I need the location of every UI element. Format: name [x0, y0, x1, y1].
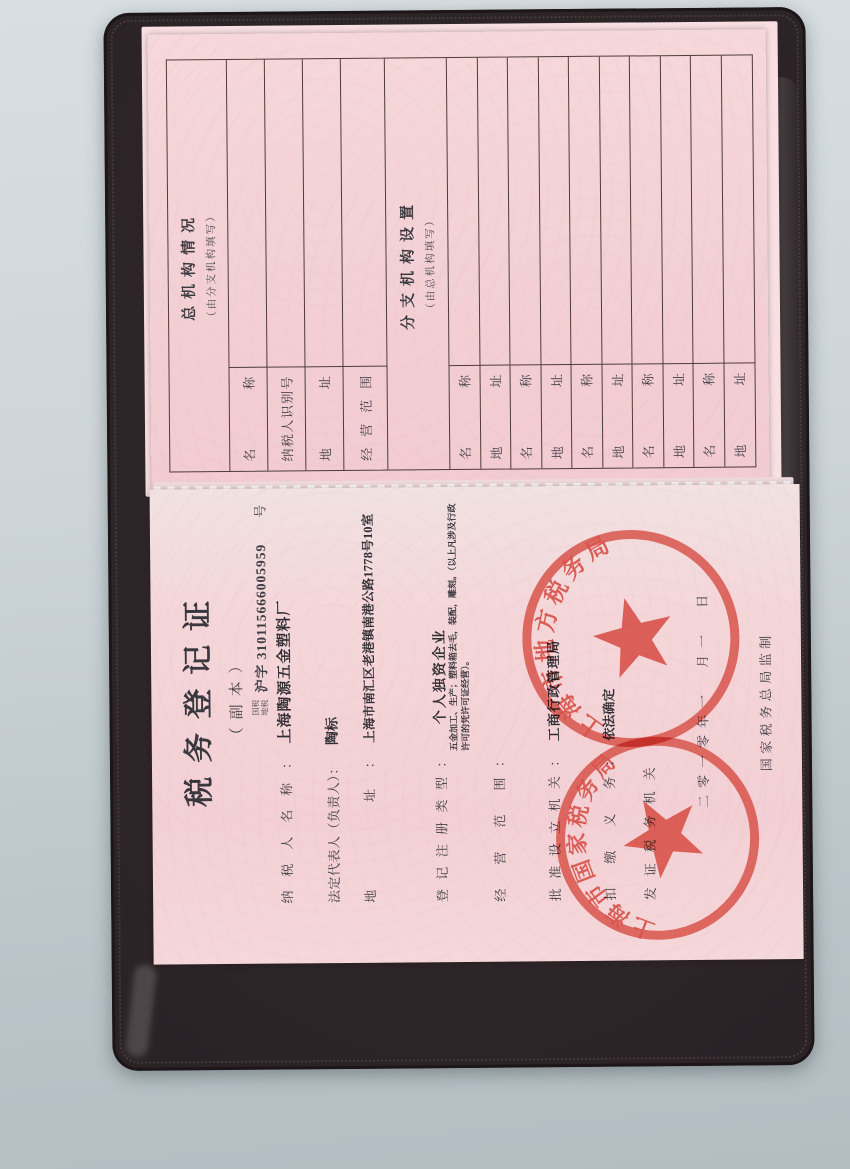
- serial-suffix: 号: [249, 505, 268, 518]
- branch-row: 地址: [660, 56, 694, 467]
- row-label-name: 名称: [449, 365, 479, 469]
- row-value-empty: [447, 58, 479, 365]
- row-label-address: 地址: [480, 365, 510, 469]
- branch-row: 地址: [538, 57, 572, 468]
- branch-row: 名称: [691, 56, 725, 467]
- row-value-empty: [569, 57, 601, 364]
- row-value-empty: [538, 57, 570, 364]
- certificate-folder-cover: 总机构情况 （由分支机构填写） 名称 纳税人识别号 地址: [103, 7, 814, 1071]
- table-row: 名称: [227, 60, 269, 471]
- branch-row: 地址: [599, 56, 633, 467]
- page-certificate: 税务登记证 （副本） 国税 地税 沪字 310115666005959 号 纳税…: [150, 484, 804, 965]
- row-value-empty: [227, 60, 267, 367]
- row-label-name: 名称: [693, 363, 723, 467]
- certificate-title: 税务登记证: [172, 489, 220, 904]
- section-title: 总机构情况: [177, 211, 199, 321]
- row-label-name: 名称: [229, 367, 267, 471]
- certificate-content: 税务登记证 （副本） 国税 地税 沪字 310115666005959 号 纳税…: [150, 484, 804, 965]
- row-value-empty: [303, 59, 343, 366]
- branch-row: 地址: [477, 58, 511, 469]
- table-row: 地址: [303, 59, 345, 470]
- section-title: 分支机构设置: [396, 198, 418, 330]
- section-head-office: 总机构情况 （由分支机构填写）: [167, 60, 231, 472]
- scanned-photo-background: 总机构情况 （由分支机构填写） 名称 纳税人识别号 地址: [0, 0, 850, 1169]
- section-subtitle: （由分支机构填写）: [203, 209, 219, 322]
- section-branch-setup: 分支机构设置 （由总机构填写）: [385, 58, 451, 470]
- branch-row: 名称: [569, 57, 603, 468]
- branch-row: 地址: [721, 55, 755, 466]
- row-value-empty: [477, 58, 509, 365]
- row-label-address: 地址: [663, 363, 693, 467]
- row-value-empty: [341, 59, 387, 366]
- state-tax-bureau-stamp: 上海市国家税务局: [532, 713, 782, 963]
- serial-code: 沪字 310115666005959: [249, 544, 270, 693]
- plastic-glare-small: [125, 964, 157, 1058]
- business-scope-value: 五金加工、生产；塑料箱去毛，装配，雕刻。（以上凡涉及行政许可的凭许可证经营）。: [447, 499, 472, 751]
- row-value-empty: [508, 57, 540, 364]
- row-label-address: 地址: [541, 364, 571, 468]
- row-value-empty: [630, 56, 662, 363]
- row-value-empty: [265, 59, 305, 366]
- row-value-empty: [660, 56, 692, 363]
- branch-row: 名称: [630, 56, 664, 467]
- row-label-name: 名称: [510, 364, 540, 468]
- serial-prefix: 国税 地税: [251, 700, 269, 716]
- branch-row: 名称: [447, 58, 481, 469]
- row-label-taxpayer-id: 纳税人识别号: [267, 366, 305, 470]
- row-label-business-scope: 经营范围: [343, 366, 387, 470]
- table-row: 纳税人识别号: [265, 59, 307, 470]
- table-row: 经营范围: [341, 59, 389, 470]
- field-business-scope-label: 经 营 范 围：: [487, 501, 509, 902]
- section-subtitle: （由总机构填写）: [422, 214, 438, 314]
- page-branch-table: 总机构情况 （由分支机构填写） 名称 纳税人识别号 地址: [148, 29, 770, 489]
- row-label-address: 地址: [305, 366, 343, 470]
- row-label-name: 名称: [632, 363, 662, 467]
- field-legal-representative: 法定代表人（负责人）：陶标: [320, 502, 343, 903]
- row-value-empty: [721, 55, 754, 362]
- row-value-empty: [599, 56, 631, 363]
- star-icon: [591, 596, 672, 680]
- footer-issuer: 国家税务总局监制: [755, 631, 775, 771]
- row-label-name: 名称: [571, 364, 601, 468]
- serial-number-line: 国税 地税 沪字 310115666005959 号: [249, 505, 271, 716]
- field-taxpayer-name: 纳税人名称：上海陶源五金塑料厂: [272, 502, 296, 903]
- row-label-address: 地址: [724, 362, 755, 466]
- branch-info-table: 总机构情况 （由分支机构填写） 名称 纳税人识别号 地址: [166, 54, 757, 472]
- field-address: 地 址：上海市南汇区老港镇南港公路1778号10室: [357, 502, 379, 903]
- row-value-empty: [691, 56, 723, 363]
- row-label-address: 地址: [602, 363, 632, 467]
- certificate-subtitle: （副本）: [224, 489, 249, 904]
- star-icon: [615, 790, 706, 884]
- branch-row: 名称: [508, 57, 542, 468]
